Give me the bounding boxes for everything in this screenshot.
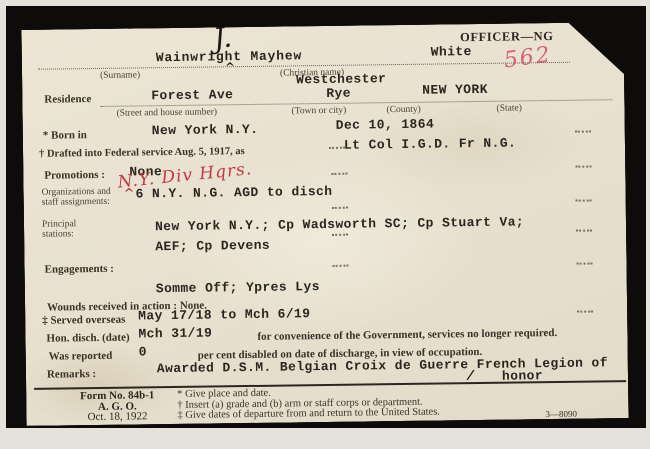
born-place: New York N.Y. <box>152 122 259 138</box>
dotted-leader <box>333 264 349 267</box>
organizations-value: 6 N.Y. N.G. AGD to disch <box>135 184 332 202</box>
footnote-3: ‡ Give dates of departure from and retur… <box>177 407 440 421</box>
drafted-label: † Drafted into Federal service Aug. 5, 1… <box>39 146 245 160</box>
stations-label: Principal stations: <box>42 219 77 239</box>
red-caret-mark: ^ <box>123 186 134 201</box>
print-code: 3—8090 <box>545 409 577 419</box>
dotted-leader <box>577 262 593 265</box>
dotted-leader <box>332 233 348 236</box>
discharge-label: Hon. disch. (date) <box>46 332 129 345</box>
scanned-record-screenshot: OFFICER—NG J. Wainwright Mayhew ^ White … <box>0 0 650 449</box>
dotted-leader <box>575 130 591 133</box>
handwritten-red-number: 562 <box>502 42 553 73</box>
dotted-leader <box>331 172 347 175</box>
engagements-label: Engagements : <box>44 263 114 276</box>
residence-state: NEW YORK <box>422 82 488 98</box>
disability-label: Was reported <box>49 350 113 363</box>
dotted-leader <box>332 206 348 209</box>
overseas-dates: May 17/18 to Mch 6/19 <box>138 306 310 323</box>
footnotes-block: * Give place and date. † Insert (a) grad… <box>177 385 577 422</box>
stations-label-line2: stations: <box>42 229 74 239</box>
born-label: * Born in <box>43 129 87 142</box>
overseas-label: ‡ Served overseas <box>42 314 125 327</box>
engagements-value: Somme Off; Ypres Lys <box>156 279 320 296</box>
organizations-label: Organizations and staff assignments: <box>42 187 111 208</box>
residence-town: Rye <box>326 86 351 101</box>
discharge-date: Mch 31/19 <box>138 325 212 341</box>
form-date: Oct. 18, 1922 <box>87 410 147 423</box>
residence-street: Forest Ave <box>151 87 233 103</box>
county-label: (County) <box>386 105 420 115</box>
dotted-leader <box>329 146 345 149</box>
disability-percent: 0 <box>139 344 147 359</box>
service-record-card: OFFICER—NG J. Wainwright Mayhew ^ White … <box>21 22 628 426</box>
stations-line1: New York N.Y.; Cp Wadsworth SC; Cp Stuar… <box>155 214 524 234</box>
dotted-leader <box>575 165 591 168</box>
promotions-label: Promotions : <box>44 169 105 182</box>
discharge-note: for convenience of the Government, servi… <box>257 327 557 343</box>
dotted-leader <box>576 229 592 232</box>
dotted-leader <box>577 309 593 312</box>
stations-label-line1: Principal <box>42 219 76 229</box>
stations-line2: AEF; Cp Devens <box>155 238 270 255</box>
residence-label: Residence <box>44 93 91 106</box>
state-label: (State) <box>496 103 521 113</box>
dotted-leader <box>576 199 592 202</box>
surname-label: (Surname) <box>100 70 140 81</box>
form-identifier-block: Form No. 84b-1 A. G. O. Oct. 18, 1922 <box>62 390 172 423</box>
race-typed: White <box>431 44 472 60</box>
organizations-label-line2: staff assignments: <box>42 197 110 208</box>
street-label: (Street and house number) <box>116 107 217 118</box>
born-date: Dec 10, 1864 <box>336 117 435 133</box>
remarks-label: Remarks : <box>47 368 96 381</box>
drafted-grade: Lt Col I.G.D. Fr N.G. <box>344 135 516 152</box>
town-label: (Town or city) <box>291 106 346 117</box>
